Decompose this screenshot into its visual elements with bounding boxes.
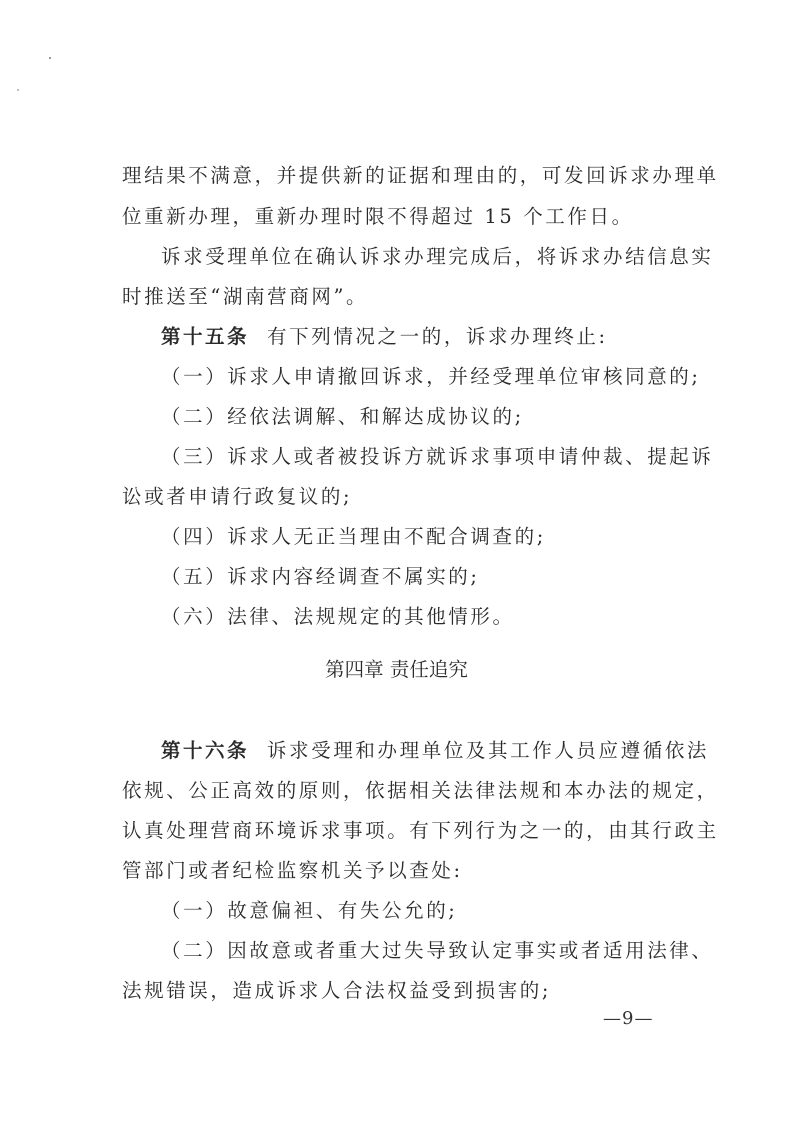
page-number: —9— (603, 1007, 653, 1031)
article-15: 第十五条有下列情况之一的，诉求办理终止: (161, 323, 716, 351)
list-item: （五）诉求内容经调查不属实的; (161, 563, 716, 591)
list-item: （六）法律、法规规定的其他情形。 (161, 603, 716, 631)
scan-speck (17, 89, 19, 91)
chapter-heading: 第四章 责任追究 (0, 656, 793, 684)
article-number: 第十五条 (161, 325, 249, 348)
list-item: （二）经依法调解、和解达成协议的; (161, 403, 716, 431)
list-item: （三）诉求人或者被投诉方就诉求事项申请仲裁、提起诉 (161, 443, 716, 471)
paragraph-line: 时推送至“湖南营商网”。 (122, 283, 677, 311)
list-item-continued: 讼或者申请行政复议的; (122, 483, 677, 511)
paragraph-line: 管部门或者纪检监察机关予以查处: (122, 857, 677, 885)
article-number: 第十六条 (161, 739, 249, 762)
list-item: （一）故意偏袒、有失公允的; (161, 897, 716, 925)
list-item: （四）诉求人无正当理由不配合调查的; (161, 523, 716, 551)
article-16: 第十六条诉求受理和办理单位及其工作人员应遵循依法 (161, 737, 716, 765)
list-item: （一）诉求人申请撤回诉求，并经受理单位审核同意的; (161, 363, 716, 391)
paragraph-line: 理结果不满意，并提供新的证据和理由的，可发回诉求办理单 (122, 162, 677, 190)
scan-speck (49, 57, 51, 59)
paragraph-line: 依规、公正高效的原则，依据相关法律法规和本办法的规定， (122, 777, 677, 805)
list-item: （二）因故意或者重大过失导致认定事实或者适用法律、 (161, 937, 716, 965)
article-text: 有下列情况之一的，诉求办理终止: (267, 325, 608, 348)
paragraph-line: 认真处理营商环境诉求事项。有下列行为之一的，由其行政主 (122, 817, 677, 845)
list-item-continued: 法规错误，造成诉求人合法权益受到损害的; (122, 977, 677, 1005)
article-text: 诉求受理和办理单位及其工作人员应遵循依法 (267, 739, 709, 762)
paragraph-line: 位重新办理，重新办理时限不得超过 15 个工作日。 (122, 203, 677, 231)
document-page: 理结果不满意，并提供新的证据和理由的，可发回诉求办理单 位重新办理，重新办理时限… (0, 0, 793, 1121)
paragraph-line: 诉求受理单位在确认诉求办理完成后，将诉求办结信息实 (161, 243, 716, 271)
